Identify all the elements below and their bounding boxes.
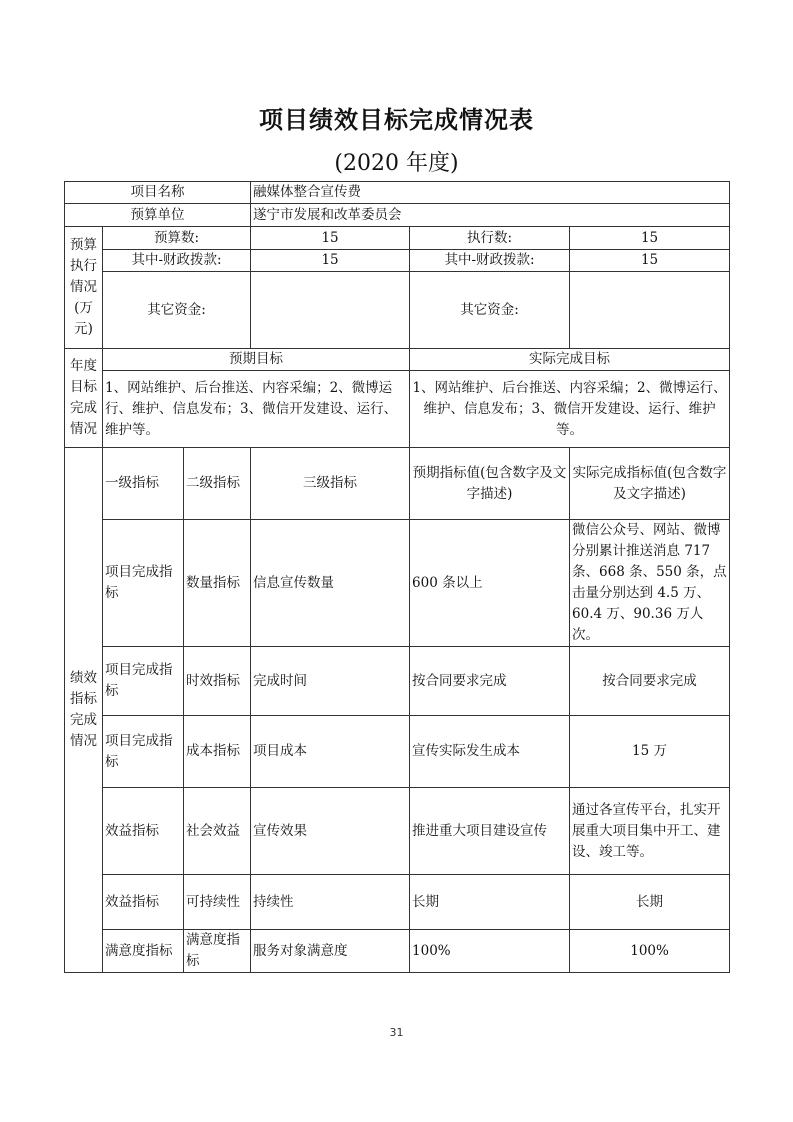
row-expected: 推进重大项目建设宣传 bbox=[410, 788, 570, 875]
row-level2: 成本指标 bbox=[184, 716, 251, 788]
budget-unit-value: 遂宁市发展和改革委员会 bbox=[251, 204, 730, 227]
header-level1: 一级指标 bbox=[103, 448, 184, 520]
fiscal-exec-value: 15 bbox=[570, 250, 730, 272]
header-level2: 二级指标 bbox=[184, 448, 251, 520]
row-actual: 按合同要求完成 bbox=[570, 647, 730, 716]
expected-goal-text: 1、网站维护、后台推送、内容采编；2、微博运行、维护、信息发布；3、微信开发建设… bbox=[103, 371, 410, 448]
row-project-name: 项目名称 融媒体整合宣传费 bbox=[65, 182, 730, 204]
other-funds-exec-label: 其它资金: bbox=[410, 272, 570, 349]
other-funds-budget-value bbox=[251, 272, 410, 349]
other-funds-budget-label: 其它资金: bbox=[103, 272, 251, 349]
budget-amount-value: 15 bbox=[251, 227, 410, 250]
performance-table: 项目名称 融媒体整合宣传费 预算单位 遂宁市发展和改革委员会 预算 执行 情况 … bbox=[64, 181, 730, 973]
row-goal-headers: 年度 目标 完成 情况 预期目标 实际完成目标 bbox=[65, 349, 730, 371]
row-other-funds: 其它资金: 其它资金: bbox=[65, 272, 730, 349]
budget-amount-label: 预算数: bbox=[103, 227, 251, 250]
header-actual: 实际完成指标值(包含数字及文字描述) bbox=[570, 448, 730, 520]
row-actual: 长期 bbox=[570, 875, 730, 930]
indicator-section-label: 绩效 指标 完成 情况 bbox=[65, 448, 103, 973]
row-level1: 满意度指标 bbox=[103, 930, 184, 973]
table-row: 项目完成指标 成本指标 项目成本 宣传实际发生成本 15 万 bbox=[65, 716, 730, 788]
budget-unit-label: 预算单位 bbox=[65, 204, 251, 227]
row-level1: 项目完成指标 bbox=[103, 716, 184, 788]
project-name-value: 融媒体整合宣传费 bbox=[251, 182, 730, 204]
row-expected: 600 条以上 bbox=[410, 520, 570, 647]
row-actual: 通过各宣传平台，扎实开展重大项目集中开工、建设、竣工等。 bbox=[570, 788, 730, 875]
row-indicator-headers: 绩效 指标 完成 情况 一级指标 二级指标 三级指标 预期指标值(包含数字及文字… bbox=[65, 448, 730, 520]
row-level3: 宣传效果 bbox=[251, 788, 410, 875]
row-level1: 效益指标 bbox=[103, 875, 184, 930]
row-level1: 项目完成指标 bbox=[103, 520, 184, 647]
row-actual: 15 万 bbox=[570, 716, 730, 788]
row-level2: 满意度指标 bbox=[184, 930, 251, 973]
budget-section-label: 预算 执行 情况 (万 元) bbox=[65, 227, 103, 349]
table-row: 效益指标 社会效益 宣传效果 推进重大项目建设宣传 通过各宣传平台，扎实开展重大… bbox=[65, 788, 730, 875]
row-level3: 服务对象满意度 bbox=[251, 930, 410, 973]
project-name-label: 项目名称 bbox=[65, 182, 251, 204]
expected-goal-header: 预期目标 bbox=[103, 349, 410, 371]
table-row: 效益指标 可持续性 持续性 长期 长期 bbox=[65, 875, 730, 930]
row-level2: 数量指标 bbox=[184, 520, 251, 647]
actual-goal-header: 实际完成目标 bbox=[410, 349, 730, 371]
row-expected: 长期 bbox=[410, 875, 570, 930]
row-actual: 微信公众号、网站、微博分别累计推送消息 717 条、668 条、550 条，点击… bbox=[570, 520, 730, 647]
document-subtitle: (2020 年度) bbox=[0, 146, 793, 177]
table-row: 满意度指标 满意度指标 服务对象满意度 100% 100% bbox=[65, 930, 730, 973]
row-level1: 效益指标 bbox=[103, 788, 184, 875]
header-expected: 预期指标值(包含数字及文字描述) bbox=[410, 448, 570, 520]
other-funds-exec-value bbox=[570, 272, 730, 349]
document-title: 项目绩效目标完成情况表 bbox=[0, 100, 793, 135]
row-level1: 项目完成指标 bbox=[103, 647, 184, 716]
table-row: 项目完成指标 数量指标 信息宣传数量 600 条以上 微信公众号、网站、微博分别… bbox=[65, 520, 730, 647]
row-expected: 宣传实际发生成本 bbox=[410, 716, 570, 788]
row-actual: 100% bbox=[570, 930, 730, 973]
row-level2: 可持续性 bbox=[184, 875, 251, 930]
row-expected: 100% bbox=[410, 930, 570, 973]
row-goal-content: 1、网站维护、后台推送、内容采编；2、微博运行、维护、信息发布；3、微信开发建设… bbox=[65, 371, 730, 448]
exec-amount-label: 执行数: bbox=[410, 227, 570, 250]
row-level2: 时效指标 bbox=[184, 647, 251, 716]
row-level3: 完成时间 bbox=[251, 647, 410, 716]
row-level3: 持续性 bbox=[251, 875, 410, 930]
fiscal-exec-label: 其中-财政拨款: bbox=[410, 250, 570, 272]
page-number: 31 bbox=[0, 1026, 793, 1039]
row-level3: 信息宣传数量 bbox=[251, 520, 410, 647]
row-budget-unit: 预算单位 遂宁市发展和改革委员会 bbox=[65, 204, 730, 227]
row-level2: 社会效益 bbox=[184, 788, 251, 875]
row-budget-amount: 预算 执行 情况 (万 元) 预算数: 15 执行数: 15 bbox=[65, 227, 730, 250]
header-level3: 三级指标 bbox=[251, 448, 410, 520]
row-expected: 按合同要求完成 bbox=[410, 647, 570, 716]
table-row: 项目完成指标 时效指标 完成时间 按合同要求完成 按合同要求完成 bbox=[65, 647, 730, 716]
fiscal-budget-value: 15 bbox=[251, 250, 410, 272]
annual-goal-section-label: 年度 目标 完成 情况 bbox=[65, 349, 103, 448]
fiscal-budget-label: 其中-财政拨款: bbox=[103, 250, 251, 272]
exec-amount-value: 15 bbox=[570, 227, 730, 250]
actual-goal-text: 1、网站维护、后台推送、内容采编；2、微博运行、维护、信息发布；3、微信开发建设… bbox=[410, 371, 730, 448]
row-level3: 项目成本 bbox=[251, 716, 410, 788]
row-fiscal-allocation: 其中-财政拨款: 15 其中-财政拨款: 15 bbox=[65, 250, 730, 272]
